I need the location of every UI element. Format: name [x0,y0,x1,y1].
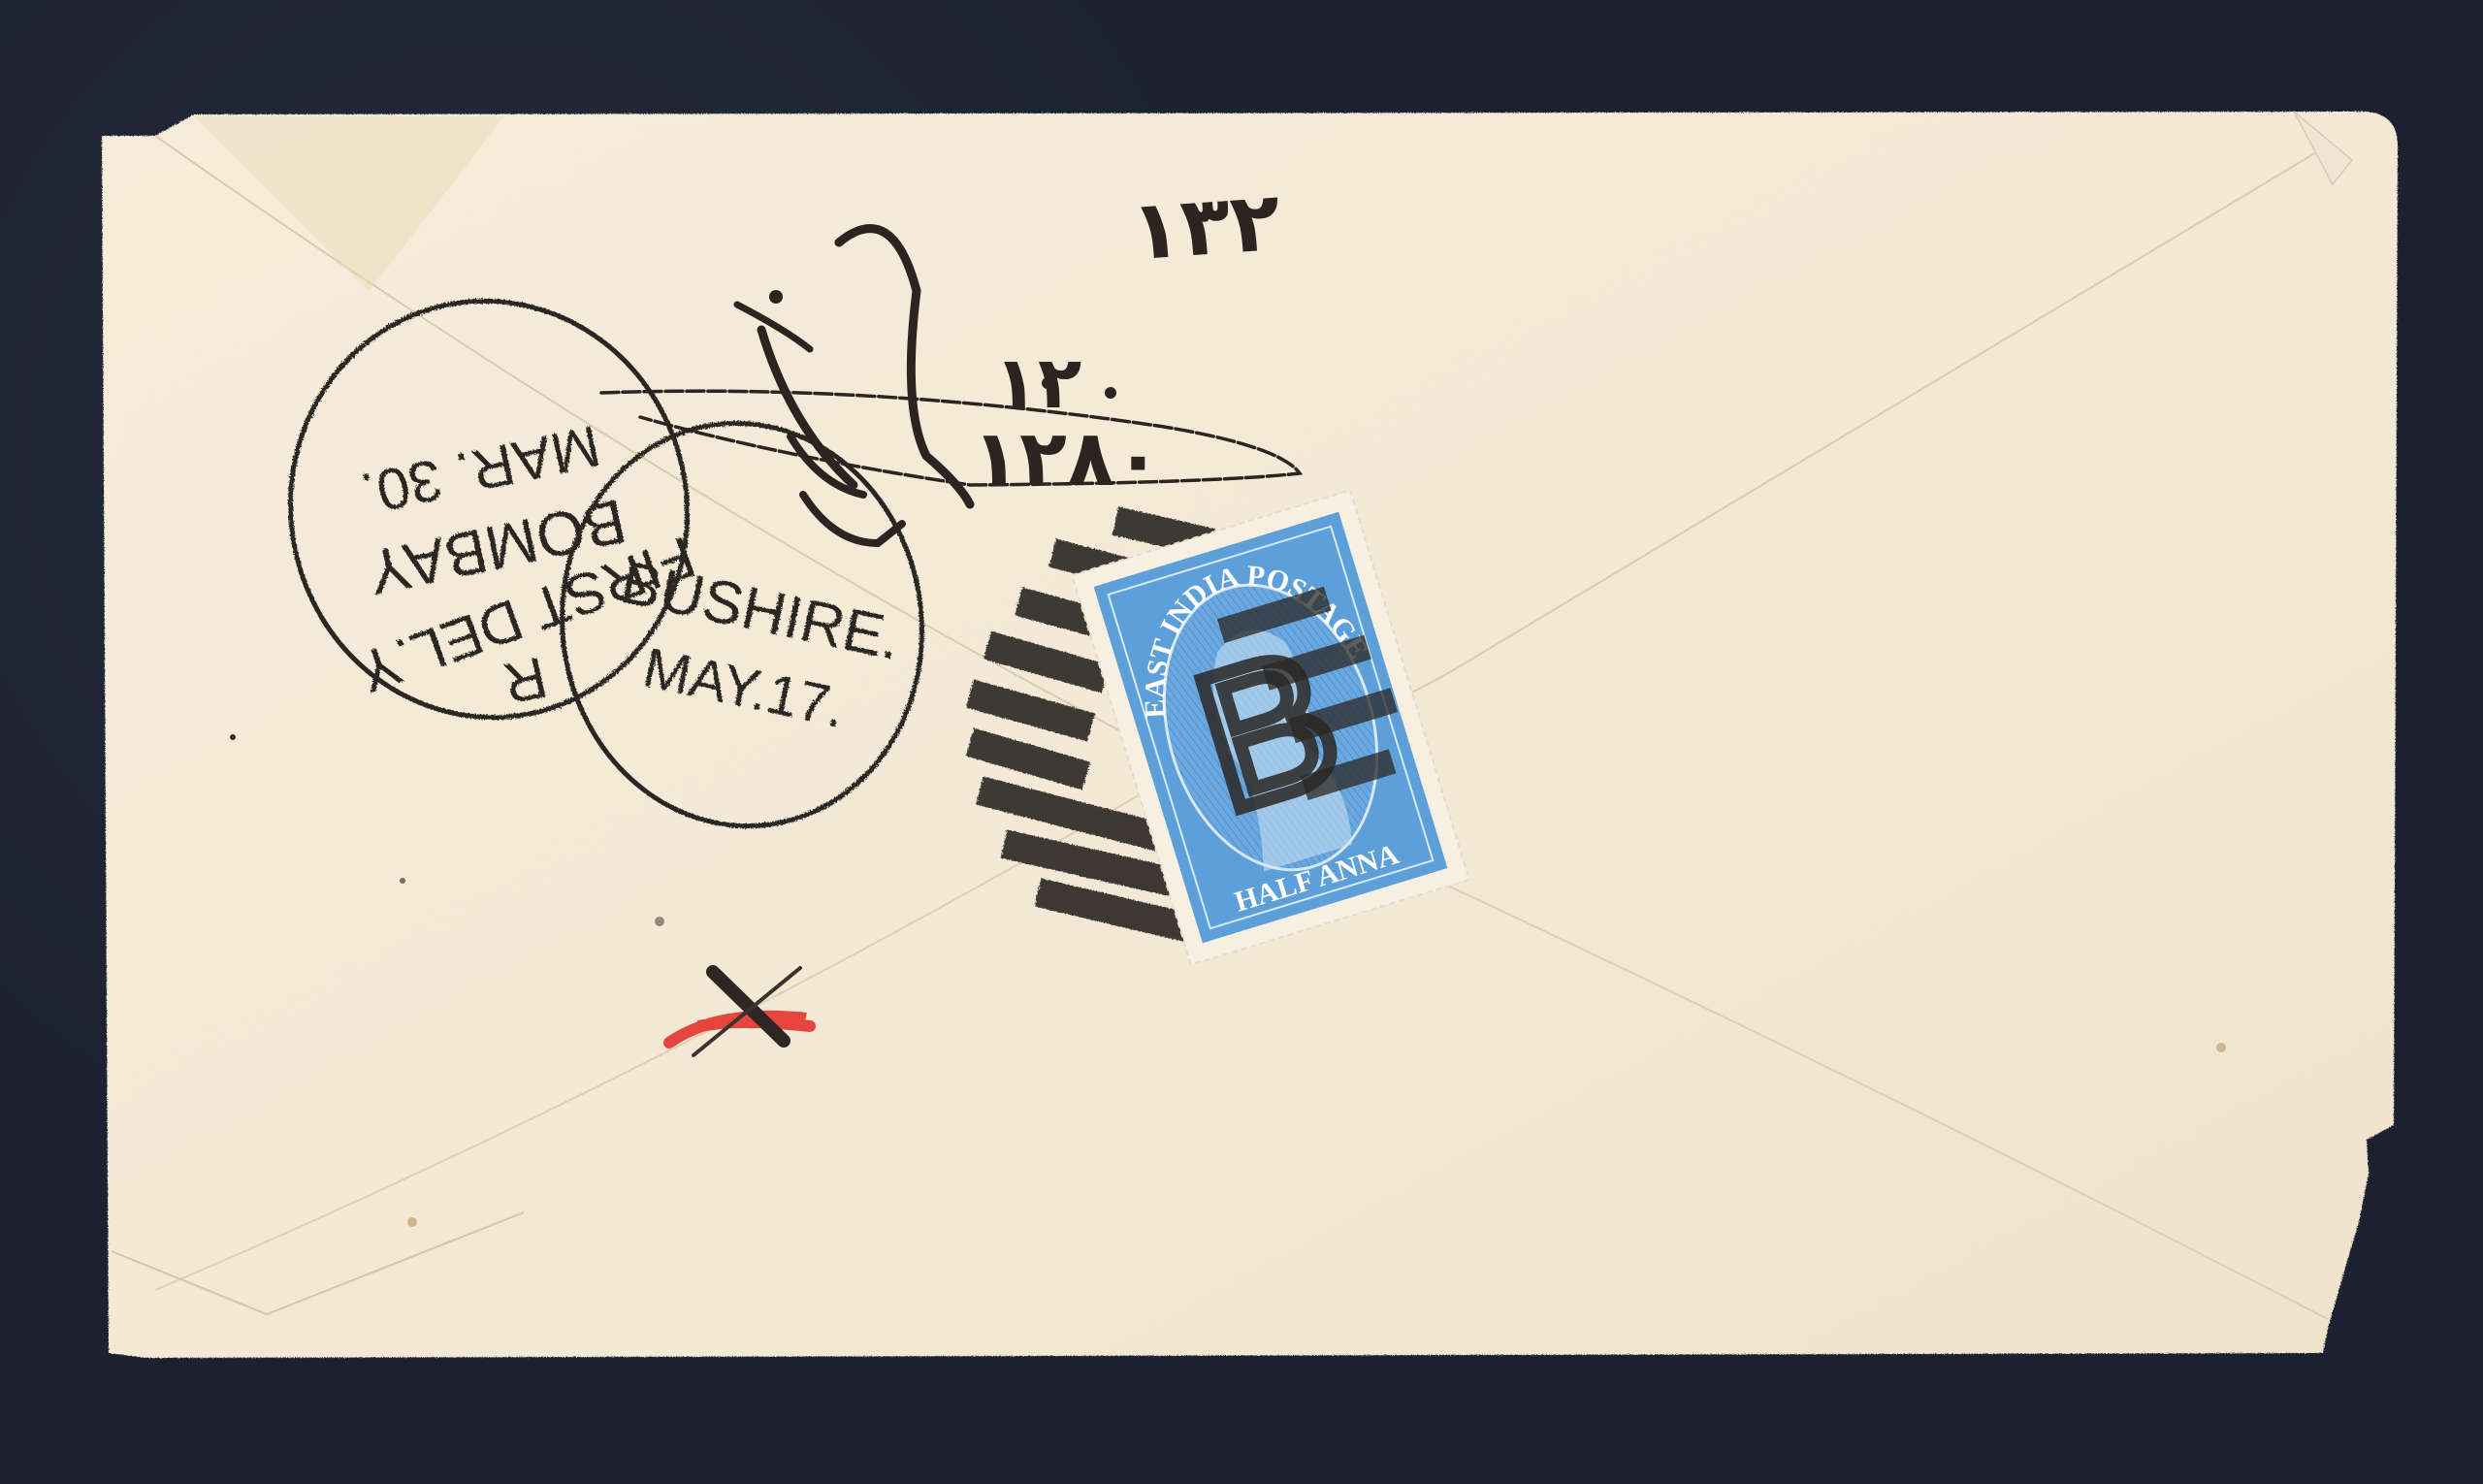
cover-scene: FIRST DEL.Y BOMBAY MAR. 30. R BUSHIRE. M… [0,0,2483,1484]
manuscript-numerals-low: ۱۲۸۰ [972,413,1161,503]
manuscript-numerals-top: ۱۳۲ [1128,174,1283,278]
